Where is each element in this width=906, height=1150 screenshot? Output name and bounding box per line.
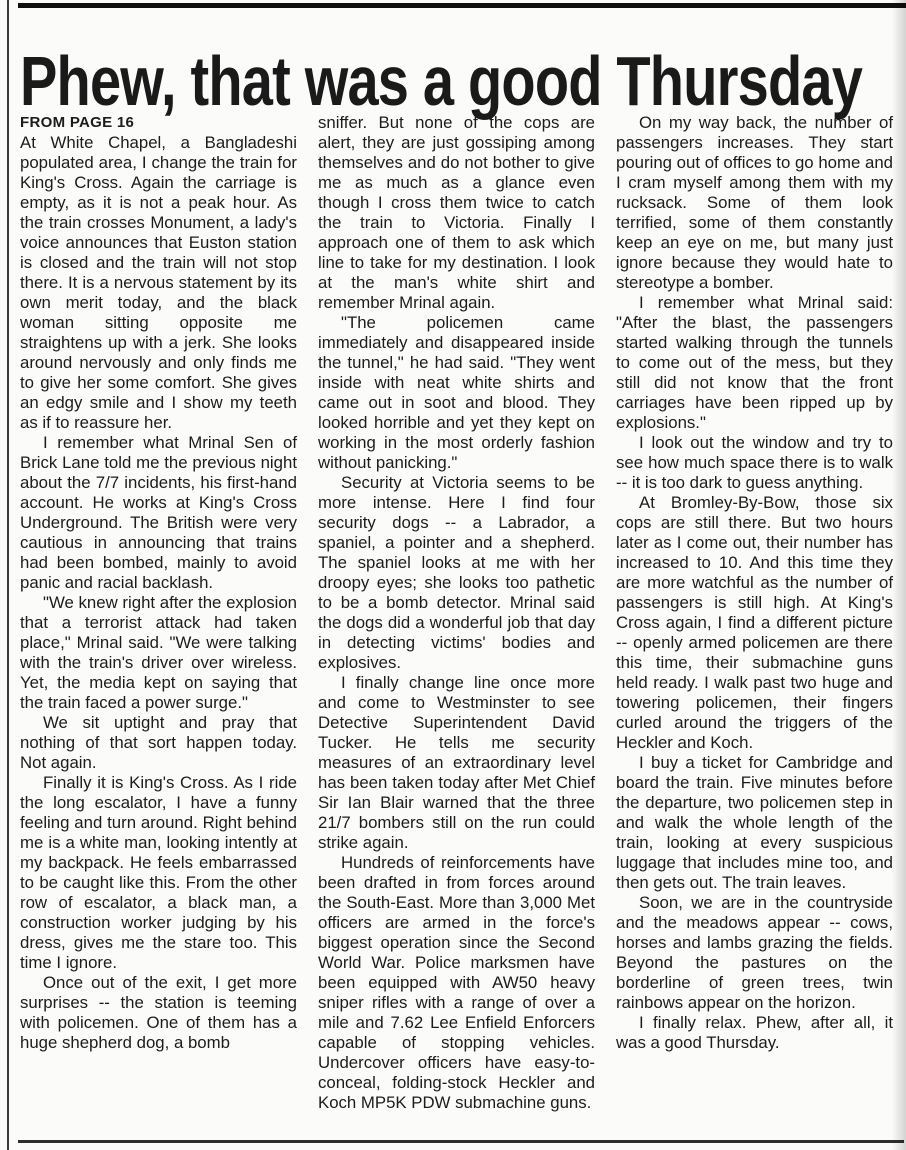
continued-from-kicker: FROM PAGE 16 <box>20 113 297 133</box>
article-column-3: On my way back, the number of passengers… <box>616 113 893 1053</box>
paragraph: Once out of the exit, I get more surpris… <box>20 973 297 1053</box>
paragraph: On my way back, the number of passengers… <box>616 113 893 293</box>
paragraph: I finally change line once more and come… <box>318 673 595 853</box>
paragraph: Security at Victoria seems to be more in… <box>318 473 595 673</box>
paragraph: Finally it is King's Cross. As I ride th… <box>20 773 297 973</box>
newspaper-page: Phew, that was a good Thursday FROM PAGE… <box>0 0 906 1150</box>
article-column-1: FROM PAGE 16 At White Chapel, a Banglade… <box>20 113 297 1053</box>
paragraph: I finally relax. Phew, after all, it was… <box>616 1013 893 1053</box>
paragraph: sniffer. But none of the cops are alert,… <box>318 113 595 313</box>
article-headline: Phew, that was a good Thursday <box>20 41 906 121</box>
paragraph: I look out the window and try to see how… <box>616 433 893 493</box>
paragraph: I buy a ticket for Cambridge and board t… <box>616 753 893 893</box>
paragraph: "We knew right after the explosion that … <box>20 593 297 713</box>
paragraph: I remember what Mrinal said: "After the … <box>616 293 893 433</box>
paragraph: At White Chapel, a Bangladeshi populated… <box>20 133 297 433</box>
article-headline-text: Phew, that was a good Thursday <box>20 41 862 121</box>
top-border-rule <box>18 3 906 8</box>
paragraph: We sit uptight and pray that nothing of … <box>20 713 297 773</box>
scan-edge-shadow <box>892 0 906 1150</box>
paragraph: I remember what Mrinal Sen of Brick Lane… <box>20 433 297 593</box>
paragraph: "The policemen came immediately and disa… <box>318 313 595 473</box>
bottom-border-rule <box>18 1140 904 1143</box>
paragraph: Hundreds of reinforcements have been dra… <box>318 853 595 1113</box>
paragraph: At Bromley-By-Bow, those six cops are st… <box>616 493 893 753</box>
article-column-2: sniffer. But none of the cops are alert,… <box>318 113 595 1113</box>
left-border-rule <box>7 0 9 1150</box>
paragraph: Soon, we are in the countryside and the … <box>616 893 893 1013</box>
